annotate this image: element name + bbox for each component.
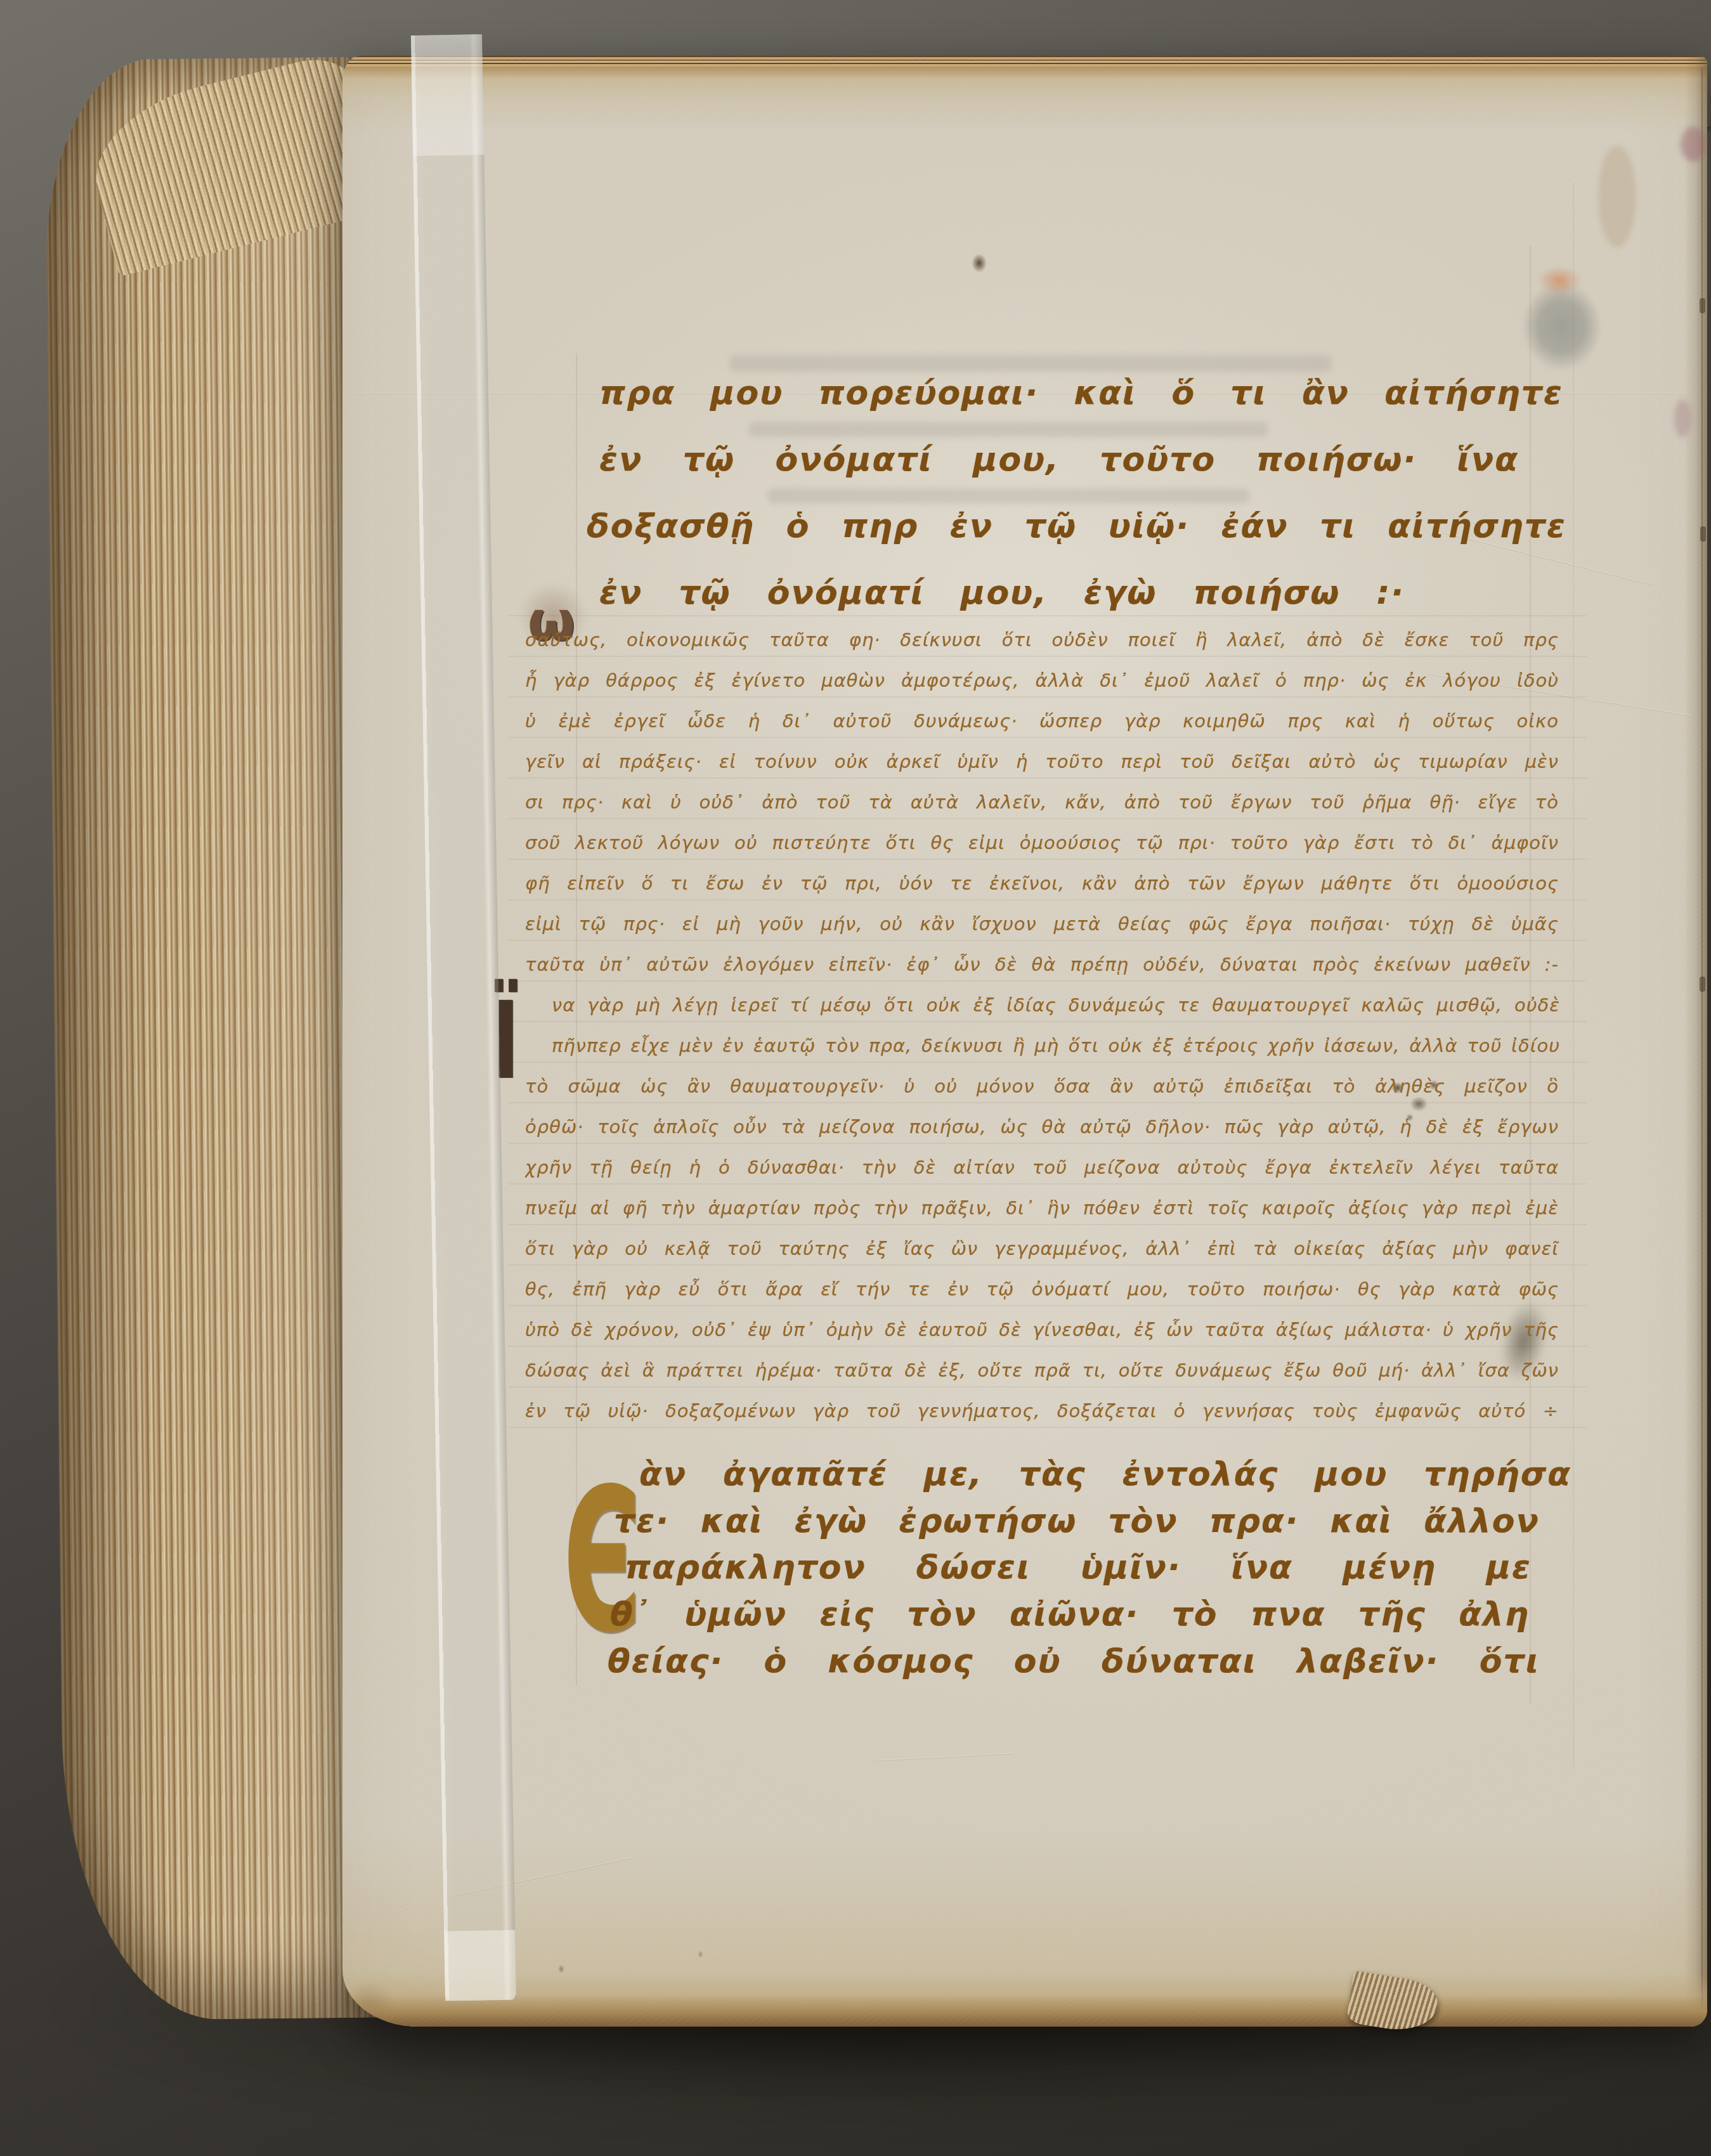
lemma-line: θείας· ὁ κόσμος οὐ δύναται λαβεῖν· ὅτι [608,1639,1540,1687]
stain-wine [1681,127,1706,162]
stain-dark-dot [698,1951,703,1958]
stain-dark-dot [972,254,987,273]
commentary-line: ὅτι γὰρ οὐ κελᾷ τοῦ ταύτης ἐξ ἴας ὢν γεγ… [525,1233,1559,1268]
lemma-line: δοξασθῇ ὁ πηρ ἐν τῷ υἱῷ· ἐάν τι αἰτήσητε [587,504,1566,552]
commentary-line: να γὰρ μὴ λέγῃ ἱερεῖ τί μέσῳ ὅτι οὐκ ἐξ … [552,989,1560,1025]
commentary-line: τὸ σῶμα ὡς ἂν θαυματουργεῖν· ὑ οὐ μόνον … [525,1070,1559,1106]
lemma-line: παράκλητον δώσει ὑμῖν· ἵνα μένῃ με [625,1545,1532,1594]
commentary-line: φῆ εἰπεῖν ὅ τι ἔσω ἐν τῷ πρι, ὑόν τε ἐκε… [525,867,1559,903]
stain-gray-blot [1522,282,1601,371]
commentary-line: γεῖν αἱ πράξεις· εἰ τοίνυν οὐκ ἀρκεῖ ὑμῖ… [525,746,1559,781]
lemma-line: ἐν τῷ ὀνόματί μου, τοῦτο ποιήσω· ἵνα [599,438,1519,486]
commentary-line: χρῆν τῇ θείῃ ἡ ὁ δύνασθαι· τὴν δὲ αἰτίαν… [525,1152,1559,1187]
conservation-tape-top [411,34,484,156]
commentary-line: πνεῖμ αἱ φῆ τὴν ἁμαρτίαν πρὸς τὴν πρᾶξιν… [525,1192,1559,1228]
lemma-line: θ᾽ ὑμῶν εἰς τὸν αἰῶνα· τὸ πνα τῆς ἀλη [610,1592,1530,1640]
lemma-line: ἐν τῷ ὀνόματί μου, ἐγὼ ποιήσω :· [599,571,1405,619]
commentary-line: ἦ γὰρ θάρρος ἐξ ἐγίνετο μαθὼν ἀμφοτέρως,… [525,665,1559,700]
commentary-line: πῆνπερ εἶχε μὲν ἐν ἑαυτῷ τὸν πρα, δείκνυ… [552,1030,1560,1065]
ruling-line-vertical [1573,183,1574,1768]
commentary-line: σαύτως, οἰκονομικῶς ταῦτα φη· δείκνυσι ὅ… [525,624,1559,659]
commentary-line: ὑπὸ δὲ χρόνον, οὐδ᾽ ἐψ ὑπ᾽ ὀμὴν δὲ ἑαυτο… [525,1314,1559,1349]
commentary-line: σι πρς· καὶ ὑ οὐδ᾽ ἀπὸ τοῦ τὰ αὐτὰ λαλεῖ… [525,786,1559,822]
commentary-line: δώσας ἀεὶ ἃ πράττει ἠρέμα· ταῦτα δὲ ἐξ, … [525,1354,1559,1390]
edge-stitch-mark [1700,977,1705,992]
conservation-tape-bottom-wrap [444,1930,516,2001]
commentary-line: ὀρθῶ· τοῖς ἁπλοῖς οὖν τὰ μείζονα ποιήσω,… [525,1111,1559,1146]
lemma-line: ὰν ἀγαπᾶτέ με, τὰς ἐντολάς μου τηρήσα [639,1452,1571,1500]
commentary-line: εἰμὶ τῷ πρς· εἰ μὴ γοῦν μήν, οὐ κἂν ἴσχυ… [525,908,1559,944]
verso-show-through [748,422,1268,437]
verso-show-through [767,488,1249,503]
commentary-line: ταῦτα ὑπ᾽ αὐτῶν ἐλογόμεν εἰπεῖν· ἐφ᾽ ὧν … [525,949,1559,984]
stain-dark-dot [558,1964,564,1973]
manuscript-photograph: πρα μου πορεύομαι· καὶ ὅ τι ἂν αἰτήσητε … [0,0,1711,2156]
stain-orange-ring [1537,266,1582,295]
lemma-line: τε· καὶ ἐγὼ ἐρωτήσω τὸν πρα· καὶ ἄλλον [614,1499,1540,1547]
edge-stitch-mark [1700,298,1705,313]
commentary-line: ὑ ἐμὲ ἐργεῖ ὧδε ἡ δι᾽ αὐτοῦ δυνάμεως· ὥσ… [525,705,1559,741]
edge-stitch-mark [1700,526,1706,542]
commentary-line: ἐν τῷ υἱῷ· δοξαζομένων γὰρ τοῦ γεννήματο… [525,1395,1559,1431]
lemma-line: πρα μου πορεύομαι· καὶ ὅ τι ἂν αἰτήσητε [599,371,1563,419]
stain-brown-streak [1598,146,1636,247]
commentary-line: σοῦ λεκτοῦ λόγων οὐ πιστεύητε ὅτι θς εἰμ… [525,827,1559,862]
verso-show-through [729,355,1332,372]
parchment-page: πρα μου πορεύομαι· καὶ ὅ τι ἂν αἰτήσητε … [342,56,1707,2027]
commentary-line: θς, ἐπῆ γὰρ εὖ ὅτι ἄρα εἴ τήν τε ἐν τῷ ὀ… [525,1273,1559,1309]
stain-wine [1674,399,1691,438]
